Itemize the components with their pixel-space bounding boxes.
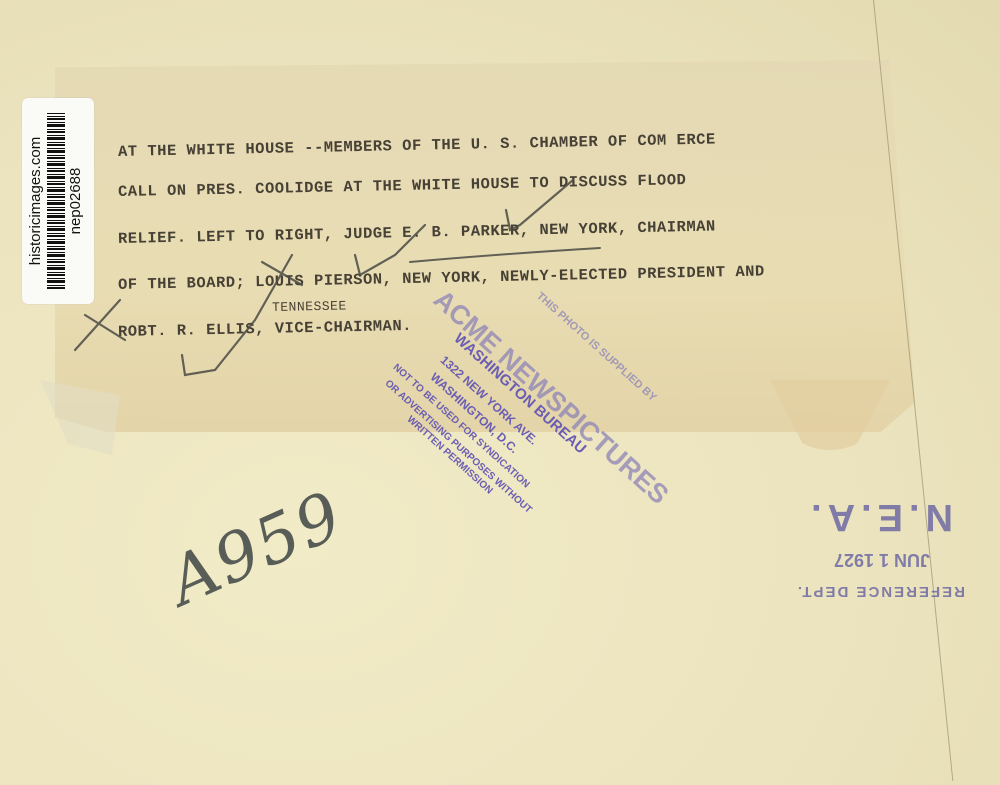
- underline-mark: [410, 248, 600, 262]
- check-mark-icon-3: [182, 255, 292, 375]
- pencil-marks: [0, 0, 1000, 785]
- check-mark-icon: [506, 180, 573, 230]
- cross-mark-icon-2: [75, 300, 120, 350]
- cross-mark-icon: [262, 262, 302, 285]
- check-mark-icon-2: [355, 225, 425, 275]
